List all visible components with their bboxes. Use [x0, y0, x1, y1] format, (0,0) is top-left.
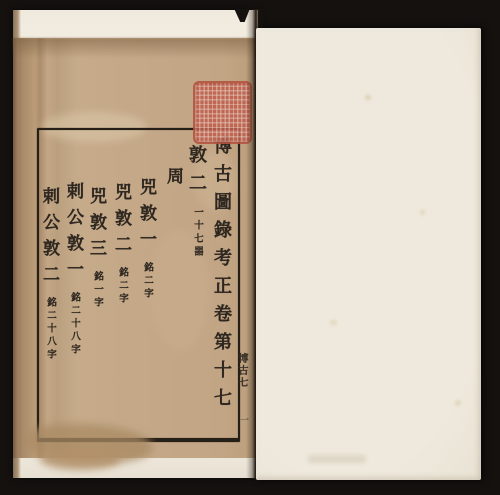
item-inscription-note: 銘二字	[142, 262, 153, 301]
item-inscription-note: 銘二十八字	[69, 292, 80, 357]
item-inscription-note: 銘二十八字	[45, 297, 56, 362]
catalog-item: 剌公敦一銘二十八字	[64, 182, 83, 357]
section-count-note: 一十七噐	[192, 207, 203, 259]
item-name: 剌公敦一	[63, 182, 83, 286]
catalog-item: 剌公敦二銘二十八字	[40, 187, 59, 362]
item-name: 兕敦二	[111, 183, 131, 261]
catalog-item: 兕敦一銘二字	[137, 178, 156, 301]
item-name: 兕敦三	[86, 187, 106, 265]
volume-title: 博古圖錄考正卷第十七	[212, 136, 230, 416]
foxing-spot	[365, 95, 371, 100]
fore-edge	[13, 10, 21, 478]
foxing-spot	[420, 210, 425, 215]
faint-illegible-stamp	[308, 455, 366, 463]
paper-stain	[40, 448, 120, 470]
section-name: 敦二	[186, 145, 207, 201]
foxing-spot	[455, 400, 461, 406]
collector-seal-stamp	[193, 81, 252, 144]
catalog-item: 兕敦二銘二字	[112, 183, 131, 306]
paper-top-discoloration	[13, 38, 258, 58]
item-name: 剌公敦二	[39, 187, 59, 291]
foxing-spot	[330, 320, 337, 325]
book-scan-photo: 博古圖錄考正卷第十七 敦二一十七噐 周 兕敦一銘二字 兕敦二銘二字 兕敦三銘一字…	[0, 0, 500, 495]
catalog-item: 兕敦三銘一字	[87, 187, 106, 310]
item-inscription-note: 銘一字	[92, 271, 103, 310]
item-inscription-note: 銘二字	[117, 267, 128, 306]
dynasty-header: 周	[161, 167, 186, 184]
item-name: 兕敦一	[136, 178, 156, 256]
section-heading: 敦二一十七噐	[187, 145, 206, 259]
